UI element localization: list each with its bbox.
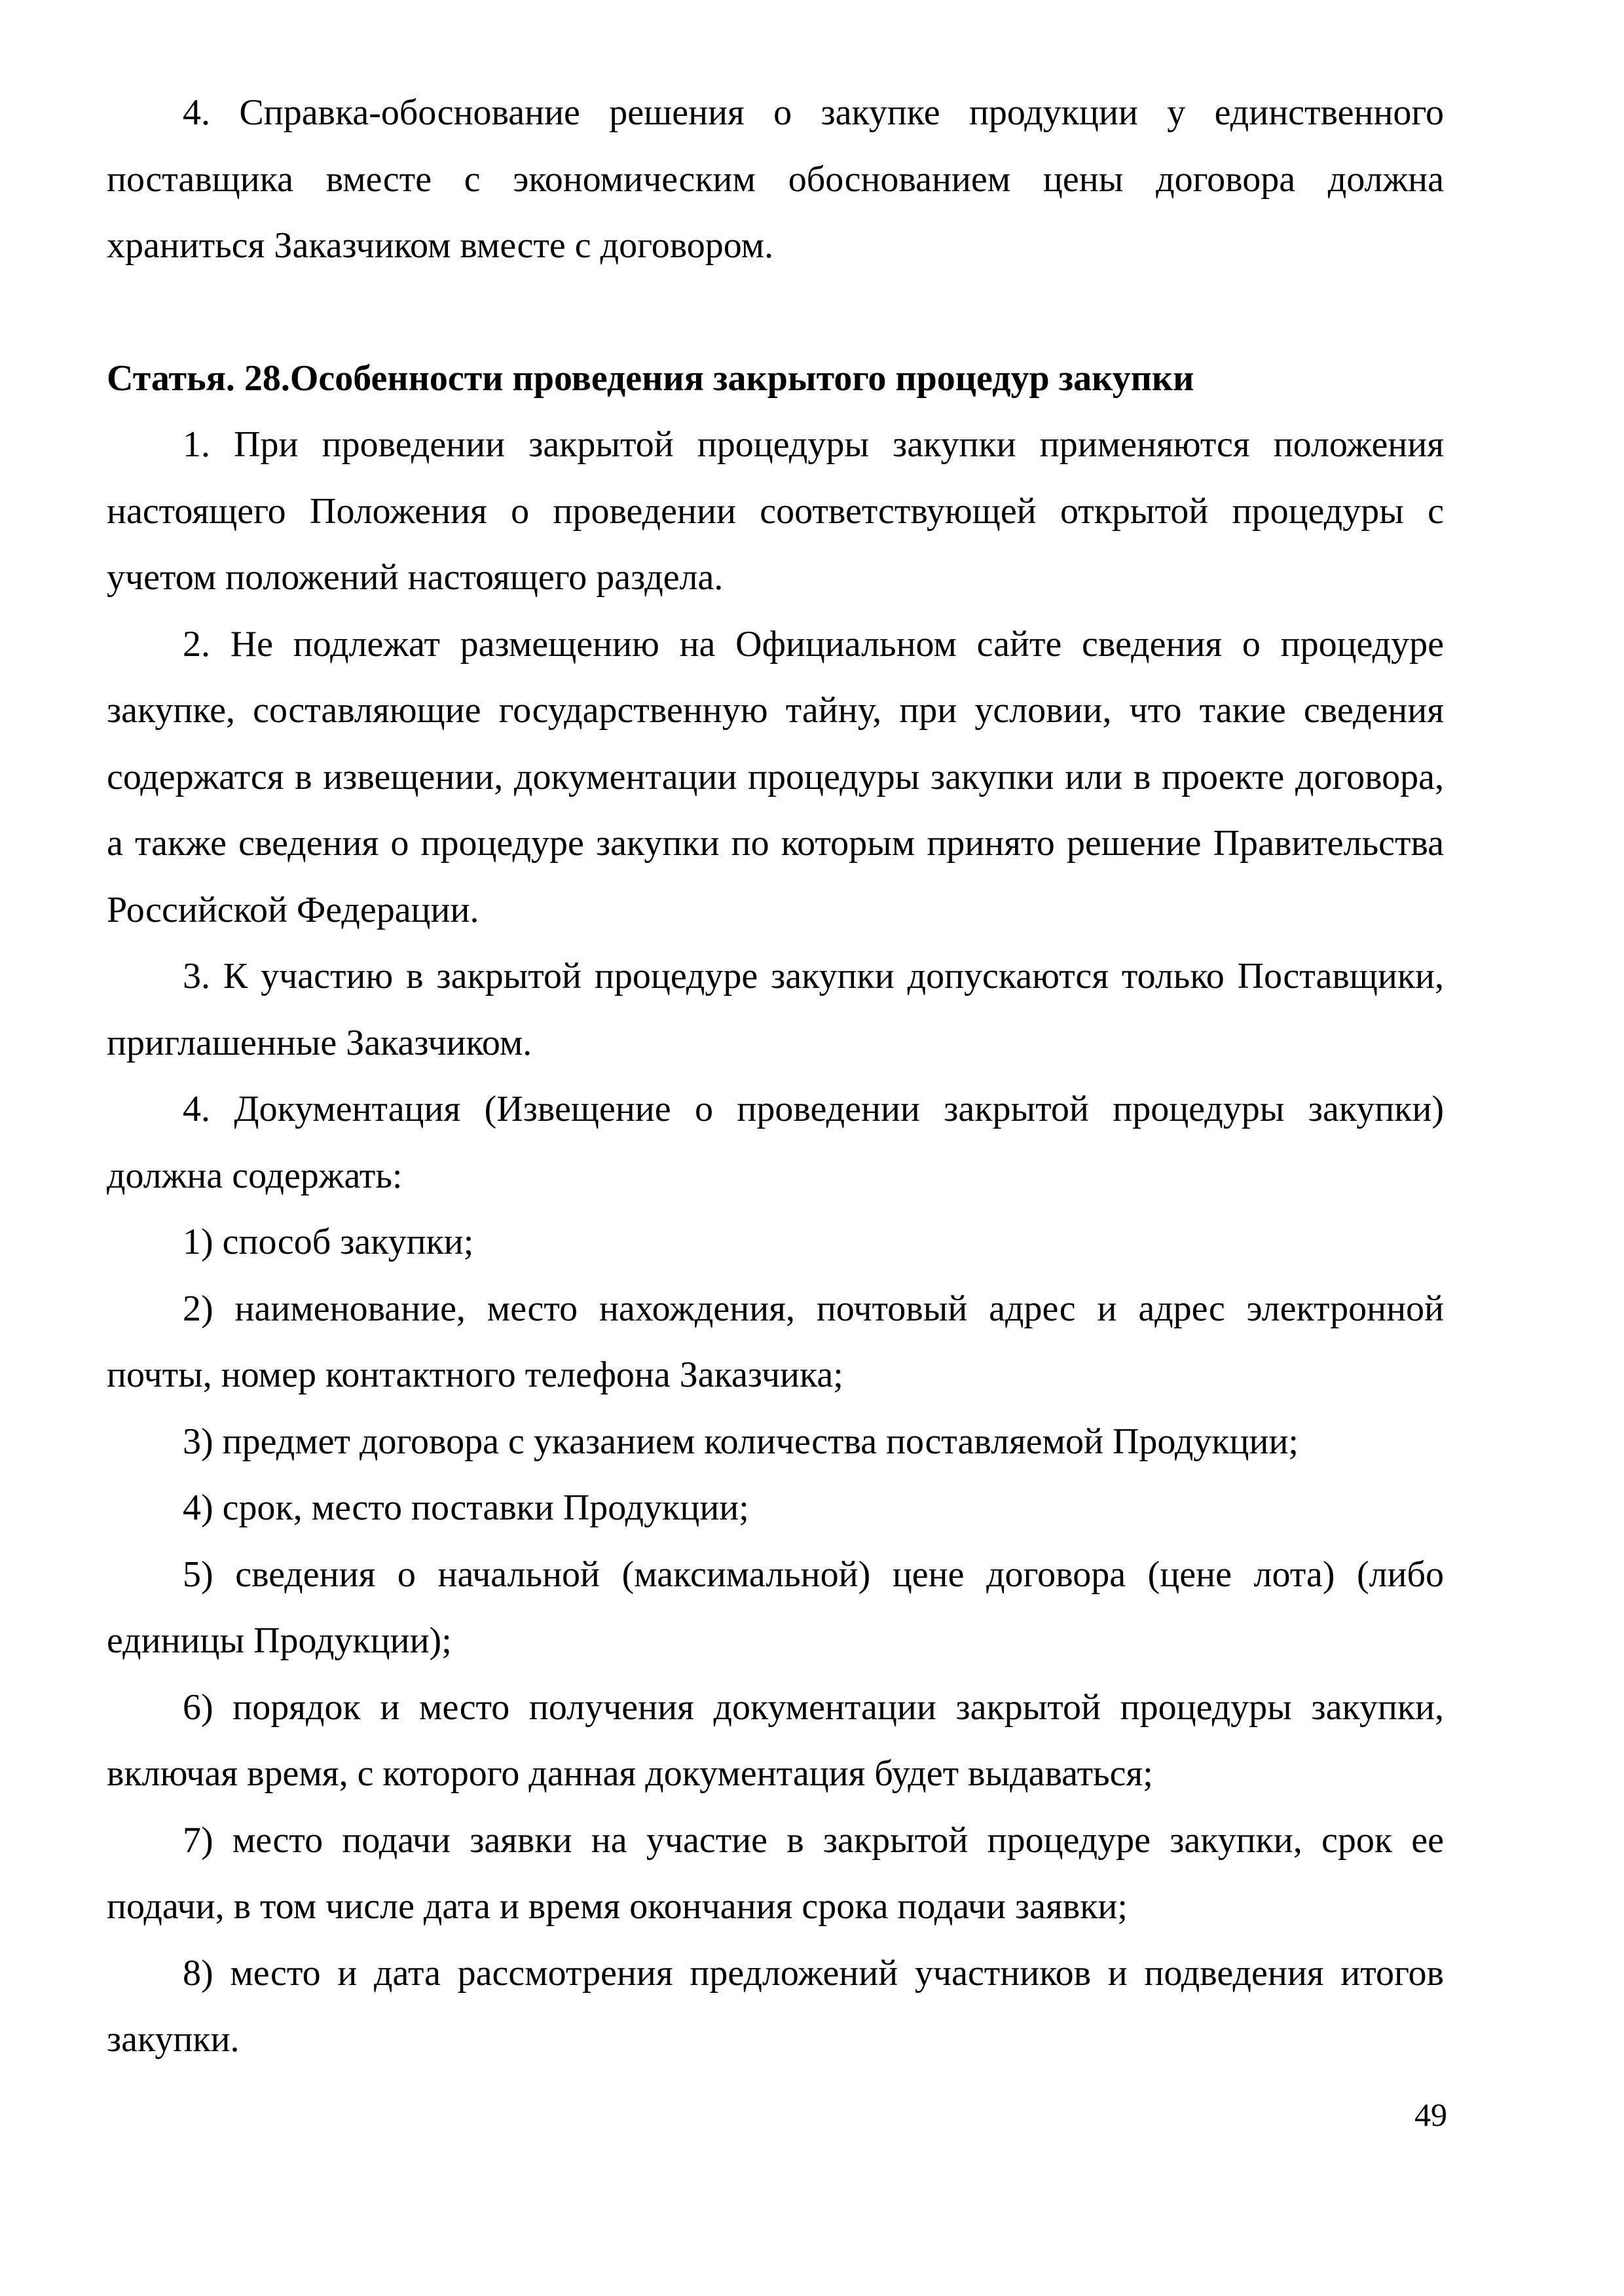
list-item-6: 6) порядок и место получения документаци… — [107, 1675, 1444, 1808]
list-item-7: 7) место подачи заявки на участие в закр… — [107, 1808, 1444, 1941]
list-item-1: 1) способ закупки; — [107, 1209, 1444, 1276]
article-paragraph-1: 1. При проведении закрытой процедуры зак… — [107, 412, 1444, 611]
list-item-8: 8) место и дата рассмотрения предложений… — [107, 1941, 1444, 2073]
article-paragraph-2: 2. Не подлежат размещению на Официальном… — [107, 611, 1444, 944]
article-paragraph-3: 3. К участию в закрытой процедуре закупк… — [107, 943, 1444, 1076]
article-paragraph-4: 4. Документация (Извещение о проведении … — [107, 1076, 1444, 1209]
page-number: 49 — [1408, 2095, 1447, 2134]
list-item-3: 3) предмет договора с указанием количест… — [107, 1409, 1444, 1476]
document-page: 4. Справка-обоснование решения о закупке… — [107, 80, 1444, 2073]
list-item-5: 5) сведения о начальной (максимальной) ц… — [107, 1542, 1444, 1675]
article-heading: Статья. 28.Особенности проведения закрыт… — [107, 346, 1444, 412]
intro-paragraph: 4. Справка-обоснование решения о закупке… — [107, 80, 1444, 280]
list-item-2: 2) наименование, место нахождения, почто… — [107, 1276, 1444, 1409]
list-item-4: 4) срок, место поставки Продукции; — [107, 1475, 1444, 1542]
